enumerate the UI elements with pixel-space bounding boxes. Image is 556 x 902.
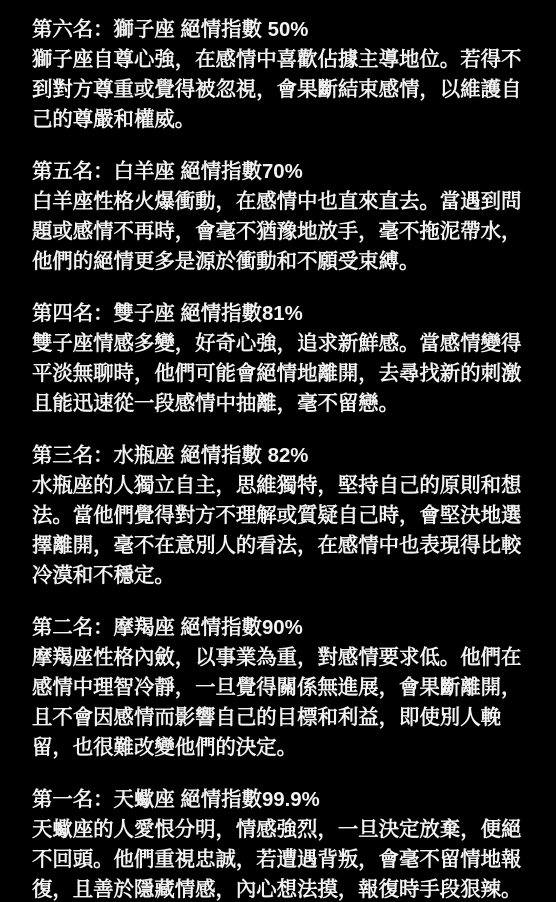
body-line: 感情中理智冷靜，一旦覺得關係無進展，會果斷離開， xyxy=(32,673,526,703)
section-heading: 第二名：摩羯座 絕情指數90% xyxy=(32,613,526,643)
section-heading: 第五名：白羊座 絕情指數70% xyxy=(32,157,526,187)
body-line: 己的尊嚴和權威。 xyxy=(32,105,526,135)
body-line: 且能迅速從一段感情中抽離，毫不留戀。 xyxy=(32,389,526,419)
section-rank-6: 第六名：獅子座 絕情指數 50% 獅子座自尊心強，在感情中喜歡佔據主導地位。若得… xyxy=(32,15,526,135)
body-line: 獅子座自尊心強，在感情中喜歡佔據主導地位。若得不 xyxy=(32,45,526,75)
body-line: 冷漠和不穩定。 xyxy=(32,561,526,591)
body-line: 他們的絕情更多是源於衝動和不願受束縛。 xyxy=(32,247,526,277)
section-rank-5: 第五名：白羊座 絕情指數70% 白羊座性格火爆衝動，在感情中也直來直去。當遇到問… xyxy=(32,157,526,277)
body-line: 法。當他們覺得對方不理解或質疑自己時，會堅決地選 xyxy=(32,501,526,531)
section-heading: 第一名：天蠍座 絕情指數99.9% xyxy=(32,785,526,815)
body-line: 不回頭。他們重視忠誠，若遭遇背叛，會毫不留情地報 xyxy=(32,845,526,875)
body-line: 留，也很難改變他們的決定。 xyxy=(32,733,526,763)
body-line: 復，且善於隱藏情感，內心想法摸，報復時手段狠辣。 xyxy=(32,875,526,902)
body-line: 且不會因感情而影響自己的目標和利益，即使別人輓 xyxy=(32,703,526,733)
section-heading: 第四名：雙子座 絕情指數81% xyxy=(32,299,526,329)
body-line: 雙子座情感多變，好奇心強，追求新鮮感。當感情變得 xyxy=(32,329,526,359)
body-line: 擇離開，毫不在意別人的看法，在感情中也表現得比較 xyxy=(32,531,526,561)
section-rank-1: 第一名：天蠍座 絕情指數99.9% 天蠍座的人愛恨分明，情感強烈，一旦決定放棄，… xyxy=(32,785,526,902)
body-line: 題或感情不再時，會毫不猶豫地放手，毫不拖泥帶水， xyxy=(32,217,526,247)
section-rank-4: 第四名：雙子座 絕情指數81% 雙子座情感多變，好奇心強，追求新鮮感。當感情變得… xyxy=(32,299,526,419)
section-rank-3: 第三名：水瓶座 絕情指數 82% 水瓶座的人獨立自主，思維獨特，堅持自己的原則和… xyxy=(32,441,526,591)
body-line: 白羊座性格火爆衝動，在感情中也直來直去。當遇到問 xyxy=(32,187,526,217)
body-line: 摩羯座性格內斂，以事業為重，對感情要求低。他們在 xyxy=(32,643,526,673)
section-heading: 第六名：獅子座 絕情指數 50% xyxy=(32,15,526,45)
body-line: 到對方尊重或覺得被忽視，會果斷結束感情，以維護自 xyxy=(32,75,526,105)
body-line: 水瓶座的人獨立自主，思維獨特，堅持自己的原則和想 xyxy=(32,471,526,501)
ranking-list: 第六名：獅子座 絕情指數 50% 獅子座自尊心強，在感情中喜歡佔據主導地位。若得… xyxy=(0,0,556,902)
body-line: 平淡無聊時，他們可能會絕情地離開，去尋找新的刺激 xyxy=(32,359,526,389)
body-line: 天蠍座的人愛恨分明，情感強烈，一旦決定放棄，便絕 xyxy=(32,815,526,845)
section-heading: 第三名：水瓶座 絕情指數 82% xyxy=(32,441,526,471)
section-rank-2: 第二名：摩羯座 絕情指數90% 摩羯座性格內斂，以事業為重，對感情要求低。他們在… xyxy=(32,613,526,763)
